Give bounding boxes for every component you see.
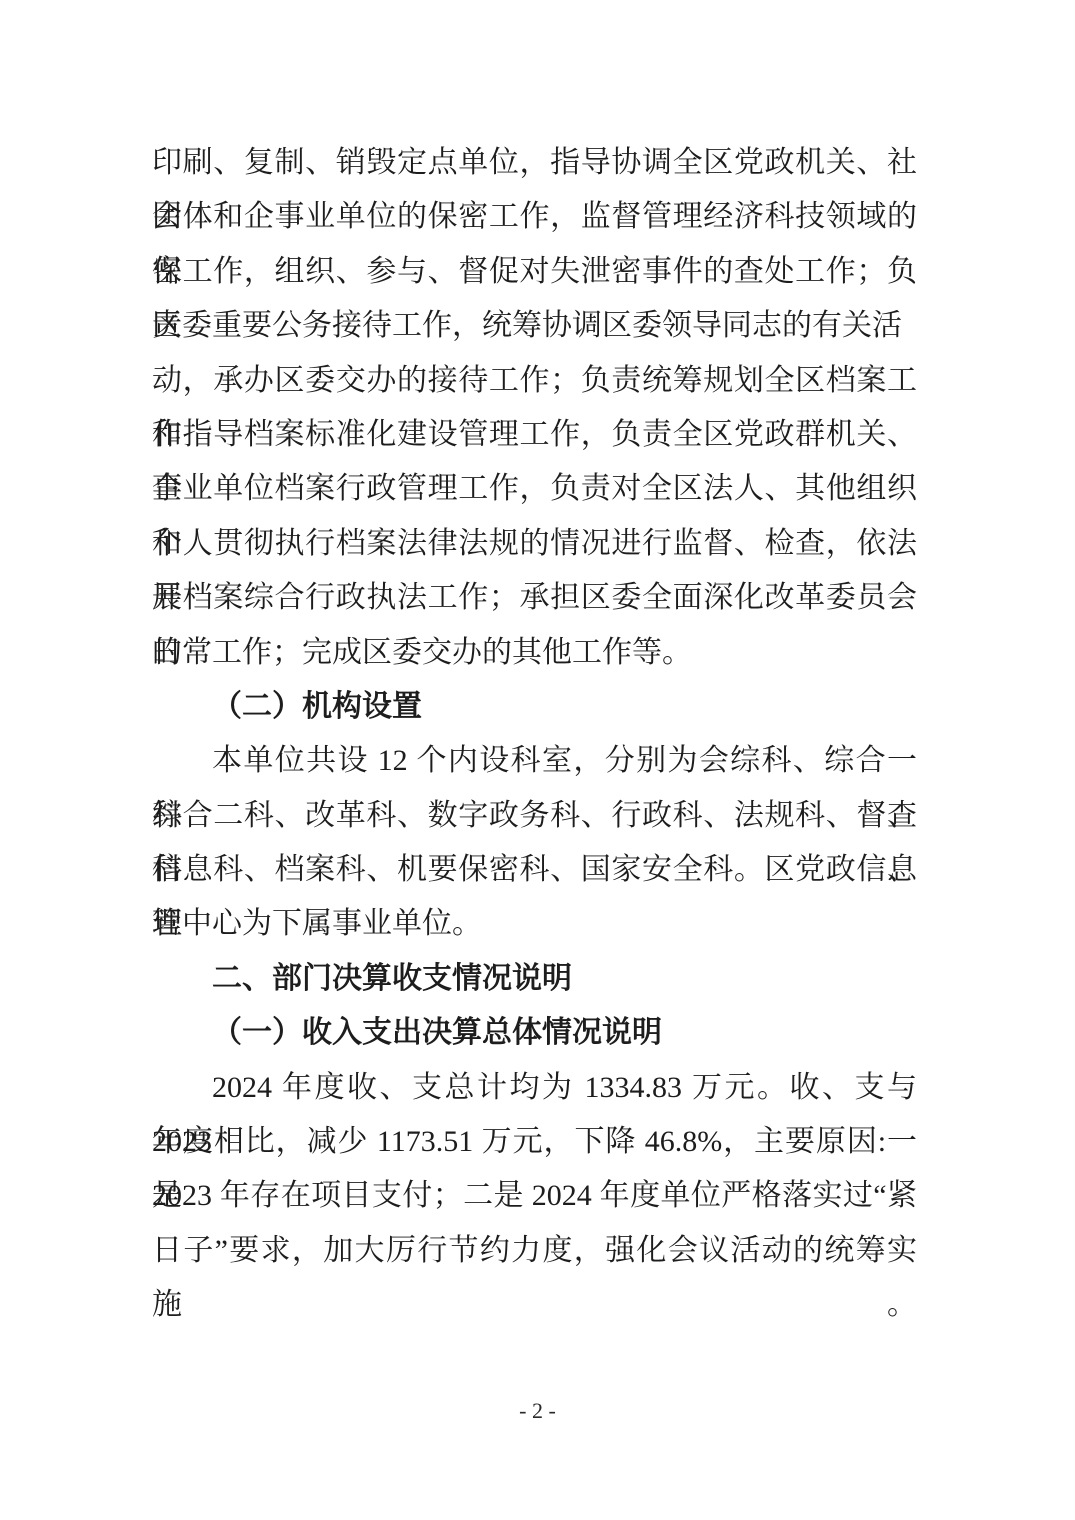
document-body: 印刷、复制、销毁定点单位，指导协调全区党政机关、社会团体和企事业单位的保密工作，… <box>152 136 917 1278</box>
text-line: 动，承办区委交办的接待工作；负责统筹规划全区档案工作 <box>152 354 917 408</box>
text-line: 综合二科、改革科、数字政务科、行政科、法规科、督查科、 <box>152 789 917 843</box>
text-line: 事业单位档案行政管理工作，负责对全区法人、其他组织和 <box>152 462 917 516</box>
text-line: 和指导档案标准化建设管理工作，负责全区党政群机关、企 <box>152 408 917 462</box>
text-line: 2024 年度收、支总计均为 1334.83 万元。收、支与 2023 <box>152 1061 917 1115</box>
text-line: 年度相比，减少 1173.51 万元，下降 46.8%，主要原因:一是 <box>152 1115 917 1169</box>
section-heading: （一）收入支出决算总体情况说明 <box>152 1006 917 1060</box>
text-line: 印刷、复制、销毁定点单位，指导协调全区党政机关、社会 <box>152 136 917 190</box>
text-line: 2023 年存在项目支付；二是 2024 年度单位严格落实过“紧 <box>152 1169 917 1223</box>
text-line: 展档案综合行政执法工作；承担区委全面深化改革委员会的 <box>152 571 917 625</box>
text-line: 密工作，组织、参与、督促对失泄密事件的查处工作；负责 <box>152 245 917 299</box>
text-line: 区委重要公务接待工作，统筹协调区委领导同志的有关活 <box>152 299 917 353</box>
text-line: 团体和企事业单位的保密工作，监督管理经济科技领域的保 <box>152 190 917 244</box>
section-heading: （二）机构设置 <box>152 680 917 734</box>
text-line: 日常工作；完成区委交办的其他工作等。 <box>152 626 917 680</box>
text-line: 个人贯彻执行档案法律法规的情况进行监督、检查，依法开 <box>152 517 917 571</box>
text-line: 信息科、档案科、机要保密科、国家安全科。区党政信息管 <box>152 843 917 897</box>
page-number: - 2 - <box>0 1398 1075 1424</box>
document-page: 印刷、复制、销毁定点单位，指导协调全区党政机关、社会团体和企事业单位的保密工作，… <box>0 0 1075 1520</box>
text-line: 理中心为下属事业单位。 <box>152 897 917 951</box>
text-line: 本单位共设 12 个内设科室，分别为会综科、综合一科、 <box>152 734 917 788</box>
section-heading: 二、部门决算收支情况说明 <box>152 952 917 1006</box>
text-line: 日子”要求，加大厉行节约力度，强化会议活动的统筹实施。 <box>152 1224 917 1278</box>
